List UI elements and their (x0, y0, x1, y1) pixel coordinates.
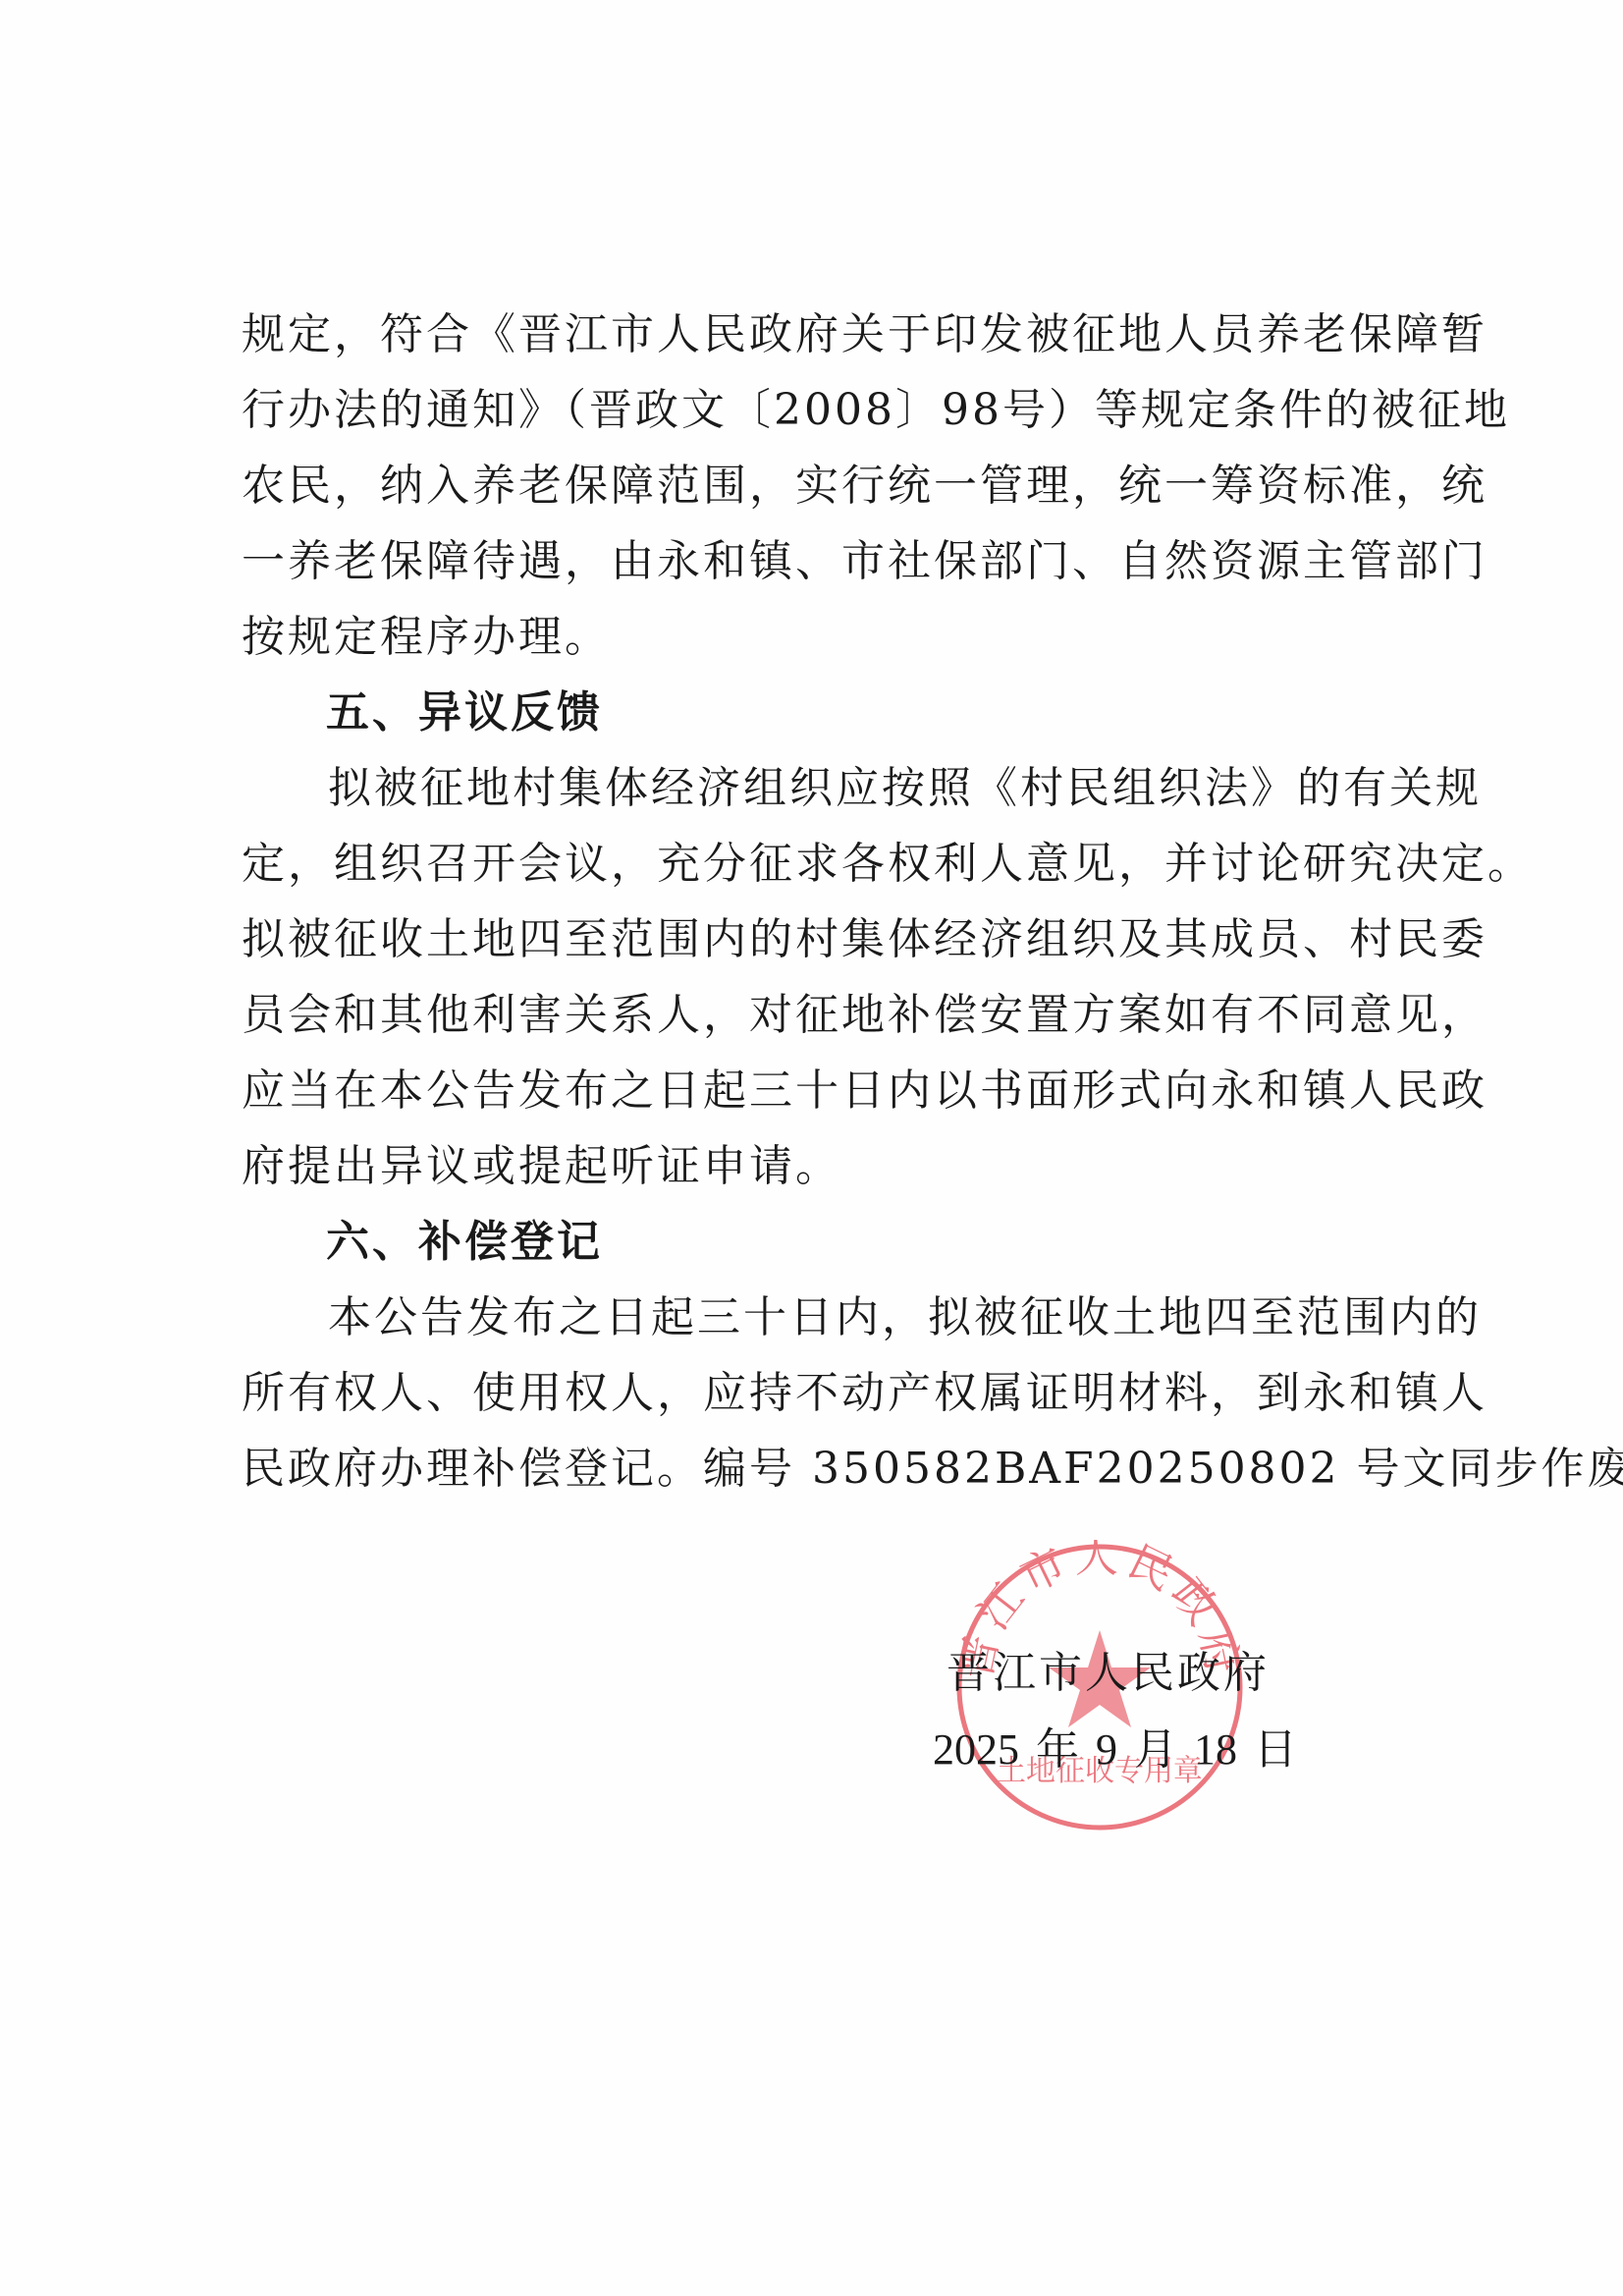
text-line: 按规定程序办理。 (242, 599, 1432, 675)
text-line: 民政府办理补偿登记。编号 350582BAF20250802 号文同步作废。 (242, 1431, 1432, 1506)
section-heading-registration: 六、补偿登记 (242, 1204, 1432, 1280)
section-heading-objection: 五、异议反馈 (242, 675, 1432, 750)
text-line: 定，组织召开会议，充分征求各权利人意见，并讨论研究决定。 (242, 826, 1432, 902)
text-line: 行办法的通知》（晋政文〔2008〕98号）等规定条件的被征地 (242, 372, 1432, 448)
signature-block: 晋江市人民政府 2025 年 9 月 18 日 (933, 1635, 1325, 1788)
text-line: 一养老保障待遇，由永和镇、市社保部门、自然资源主管部门 (242, 523, 1432, 599)
paragraph-registration: 本公告发布之日起三十日内，拟被征收土地四至范围内的 所有权人、使用权人，应持不动… (242, 1280, 1432, 1506)
text-line: 员会和其他利害关系人，对征地补偿安置方案如有不同意见， (242, 977, 1432, 1053)
text-line: 所有权人、使用权人，应持不动产权属证明材料，到永和镇人 (242, 1355, 1432, 1431)
text-line: 本公告发布之日起三十日内，拟被征收土地四至范围内的 (242, 1280, 1432, 1355)
text-line: 拟被征收土地四至范围内的村集体经济组织及其成员、村民委 (242, 902, 1432, 977)
document-page: 规定，符合《晋江市人民政府关于印发被征地人员养老保障暂 行办法的通知》（晋政文〔… (0, 0, 1623, 2296)
signing-date: 2025 年 9 月 18 日 (933, 1712, 1325, 1788)
text-line: 农民，纳入养老保障范围，实行统一管理，统一筹资标准，统 (242, 448, 1432, 523)
document-body: 规定，符合《晋江市人民政府关于印发被征地人员养老保障暂 行办法的通知》（晋政文〔… (242, 297, 1432, 1506)
text-line: 府提出异议或提起听证申请。 (242, 1128, 1432, 1204)
text-line: 规定，符合《晋江市人民政府关于印发被征地人员养老保障暂 (242, 297, 1432, 372)
text-line: 拟被征地村集体经济组织应按照《村民组织法》的有关规 (242, 750, 1432, 826)
paragraph-pension: 规定，符合《晋江市人民政府关于印发被征地人员养老保障暂 行办法的通知》（晋政文〔… (242, 297, 1432, 675)
text-line: 应当在本公告发布之日起三十日内以书面形式向永和镇人民政 (242, 1053, 1432, 1128)
paragraph-objection: 拟被征地村集体经济组织应按照《村民组织法》的有关规 定，组织召开会议，充分征求各… (242, 750, 1432, 1204)
signing-organization: 晋江市人民政府 (933, 1635, 1325, 1712)
